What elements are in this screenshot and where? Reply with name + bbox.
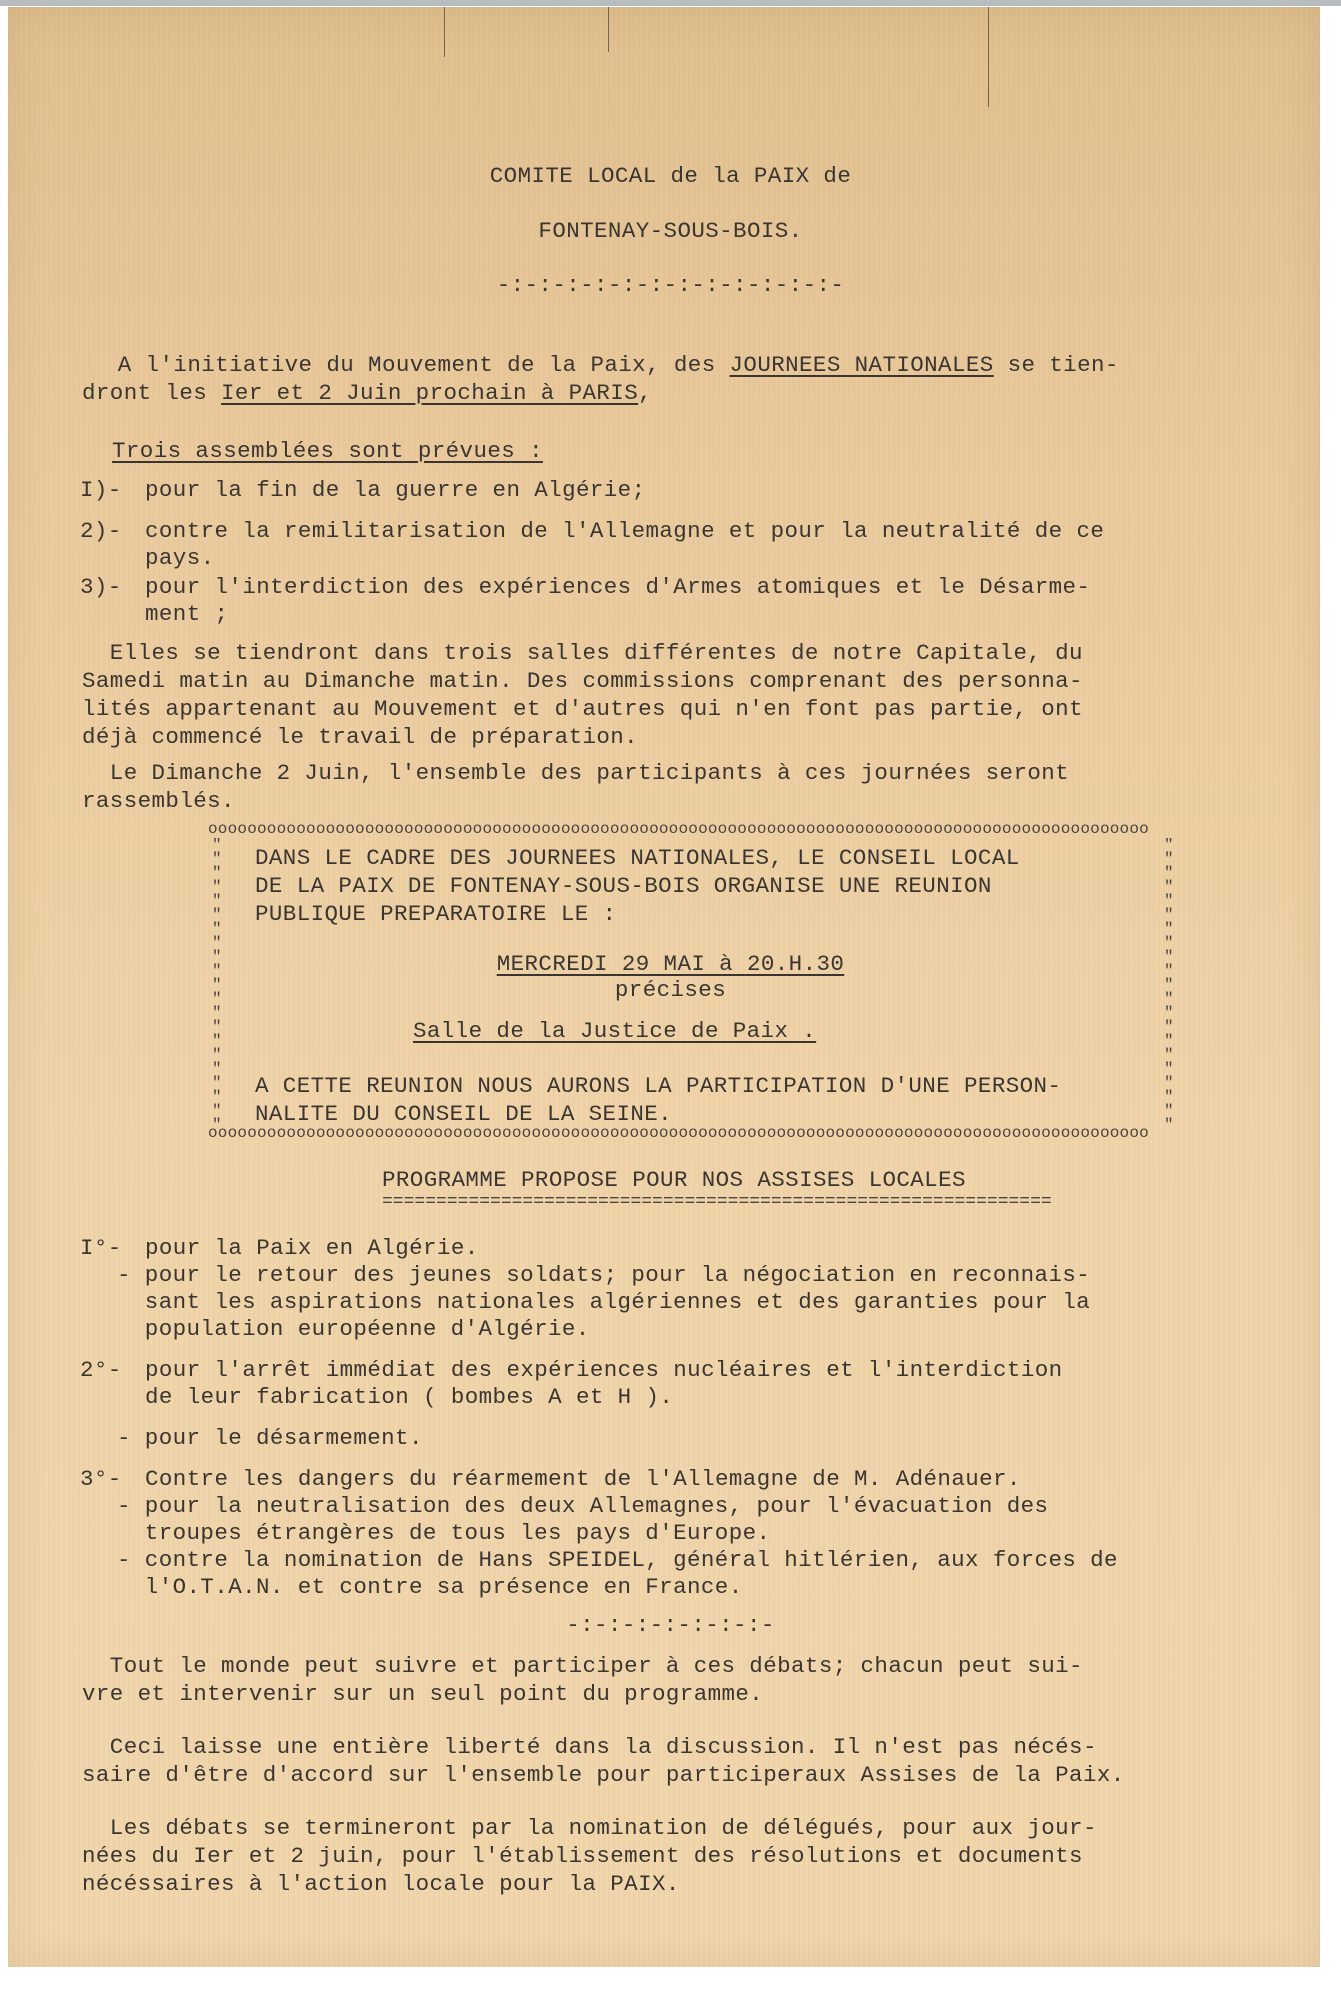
paragraph-line: lités appartenant au Mouvement et d'autr… — [82, 696, 1083, 723]
programme-item: Contre les dangers du réarmement de l'Al… — [145, 1466, 1021, 1493]
paragraph-line: Samedi matin au Dimanche matin. Des comm… — [82, 668, 1083, 695]
box-top-border: oooooooooooooooooooooooooooooooooooooooo… — [208, 820, 1178, 838]
assembly-number: 2)- — [80, 518, 122, 545]
meeting-date: MERCREDI 29 MAI à 20.H.30 — [0, 951, 1341, 978]
intro-text: A l'initiative du Mouvement de la Paix, … — [90, 352, 730, 378]
programme-item: - pour le désarmement. — [117, 1425, 423, 1452]
assembly-item: pays. — [145, 545, 215, 572]
programme-item: - pour la neutralisation des deux Allema… — [117, 1493, 1048, 1520]
notice-line: PUBLIQUE PREPARATOIRE LE : — [255, 901, 616, 928]
programme-item: population européenne d'Algérie. — [117, 1316, 590, 1343]
programme-item: troupes étrangères de tous les pays d'Eu… — [117, 1520, 770, 1547]
paper-tear — [988, 7, 989, 107]
paragraph-line: Elles se tiendront dans trois salles dif… — [82, 640, 1083, 667]
scanner-top-edge — [0, 0, 1341, 6]
meeting-venue: Salle de la Justice de Paix . — [413, 1018, 816, 1045]
assembly-number: 3)- — [80, 574, 122, 601]
event-dates: Ier et 2 Juin prochain à PARIS — [221, 380, 638, 406]
assemblies-heading: Trois assemblées sont prévues : — [112, 438, 543, 465]
committee-title: COMITE LOCAL de la PAIX de — [0, 163, 1341, 190]
notice-line: A CETTE REUNION NOUS AURONS LA PARTICIPA… — [255, 1073, 1061, 1100]
notice-line: DANS LE CADRE DES JOURNEES NATIONALES, L… — [255, 845, 1020, 872]
paper-tear — [444, 7, 445, 57]
paragraph-line: Le Dimanche 2 Juin, l'ensemble des parti… — [82, 760, 1069, 787]
programme-item: pour la Paix en Algérie. — [145, 1235, 479, 1262]
closing-line: nées du Ier et 2 juin, pour l'établissem… — [82, 1843, 1083, 1870]
intro-line-2: dront les Ier et 2 Juin prochain à PARIS… — [82, 380, 652, 407]
closing-line: Ceci laisse une entière liberté dans la … — [82, 1734, 1097, 1761]
assembly-item: pour l'interdiction des expériences d'Ar… — [145, 574, 1090, 601]
intro-text: , — [638, 380, 652, 406]
programme-item: l'O.T.A.N. et contre sa présence en Fran… — [117, 1574, 743, 1601]
programme-separator: -:-:-:-:-:-:-:- — [0, 1612, 1341, 1639]
programme-item: sant les aspirations nationales algérien… — [117, 1289, 1090, 1316]
assembly-item: pour la fin de la guerre en Algérie; — [145, 477, 645, 504]
assembly-number: I)- — [80, 477, 122, 504]
programme-number: I°- — [80, 1235, 122, 1262]
programme-item: de leur fabrication ( bombes A et H ). — [145, 1384, 673, 1411]
header-separator: -:-:-:-:-:-:-:-:-:-:-:-:- — [0, 272, 1341, 299]
closing-line: vre et intervenir sur un seul point du p… — [82, 1681, 763, 1708]
assembly-item: ment ; — [145, 601, 228, 628]
closing-line: nécéssaires à l'action locale pour la PA… — [82, 1871, 680, 1898]
intro-text: se tien- — [994, 352, 1119, 378]
notice-line: DE LA PAIX DE FONTENAY-SOUS-BOIS ORGANIS… — [255, 873, 992, 900]
programme-heading: PROGRAMME PROPOSE POUR NOS ASSISES LOCAL… — [382, 1167, 966, 1194]
paper-tear — [608, 7, 609, 52]
intro-text: dront les — [82, 380, 221, 406]
programme-item: pour l'arrêt immédiat des expériences nu… — [145, 1357, 1063, 1384]
journees-nationales: JOURNEES NATIONALES — [730, 352, 994, 378]
closing-line: Tout le monde peut suivre et participer … — [82, 1653, 1083, 1680]
closing-line: saire d'être d'accord sur l'ensemble pou… — [82, 1762, 1125, 1789]
meeting-precises: précises — [0, 977, 1341, 1004]
town-title: FONTENAY-SOUS-BOIS. — [0, 218, 1341, 245]
paragraph-line: déjà commencé le travail de préparation. — [82, 724, 638, 751]
programme-number: 2°- — [80, 1357, 122, 1384]
programme-heading-rule: ========================================… — [382, 1192, 1052, 1212]
assembly-item: contre la remilitarisation de l'Allemagn… — [145, 518, 1104, 545]
programme-item: - contre la nomination de Hans SPEIDEL, … — [117, 1547, 1118, 1574]
notice-line: NALITE DU CONSEIL DE LA SEINE. — [255, 1101, 672, 1128]
intro-line-1: A l'initiative du Mouvement de la Paix, … — [90, 352, 1119, 379]
programme-item: - pour le retour des jeunes soldats; pou… — [117, 1262, 1090, 1289]
paragraph-line: rassemblés. — [82, 788, 235, 815]
closing-line: Les débats se termineront par la nominat… — [82, 1815, 1097, 1842]
programme-number: 3°- — [80, 1466, 122, 1493]
